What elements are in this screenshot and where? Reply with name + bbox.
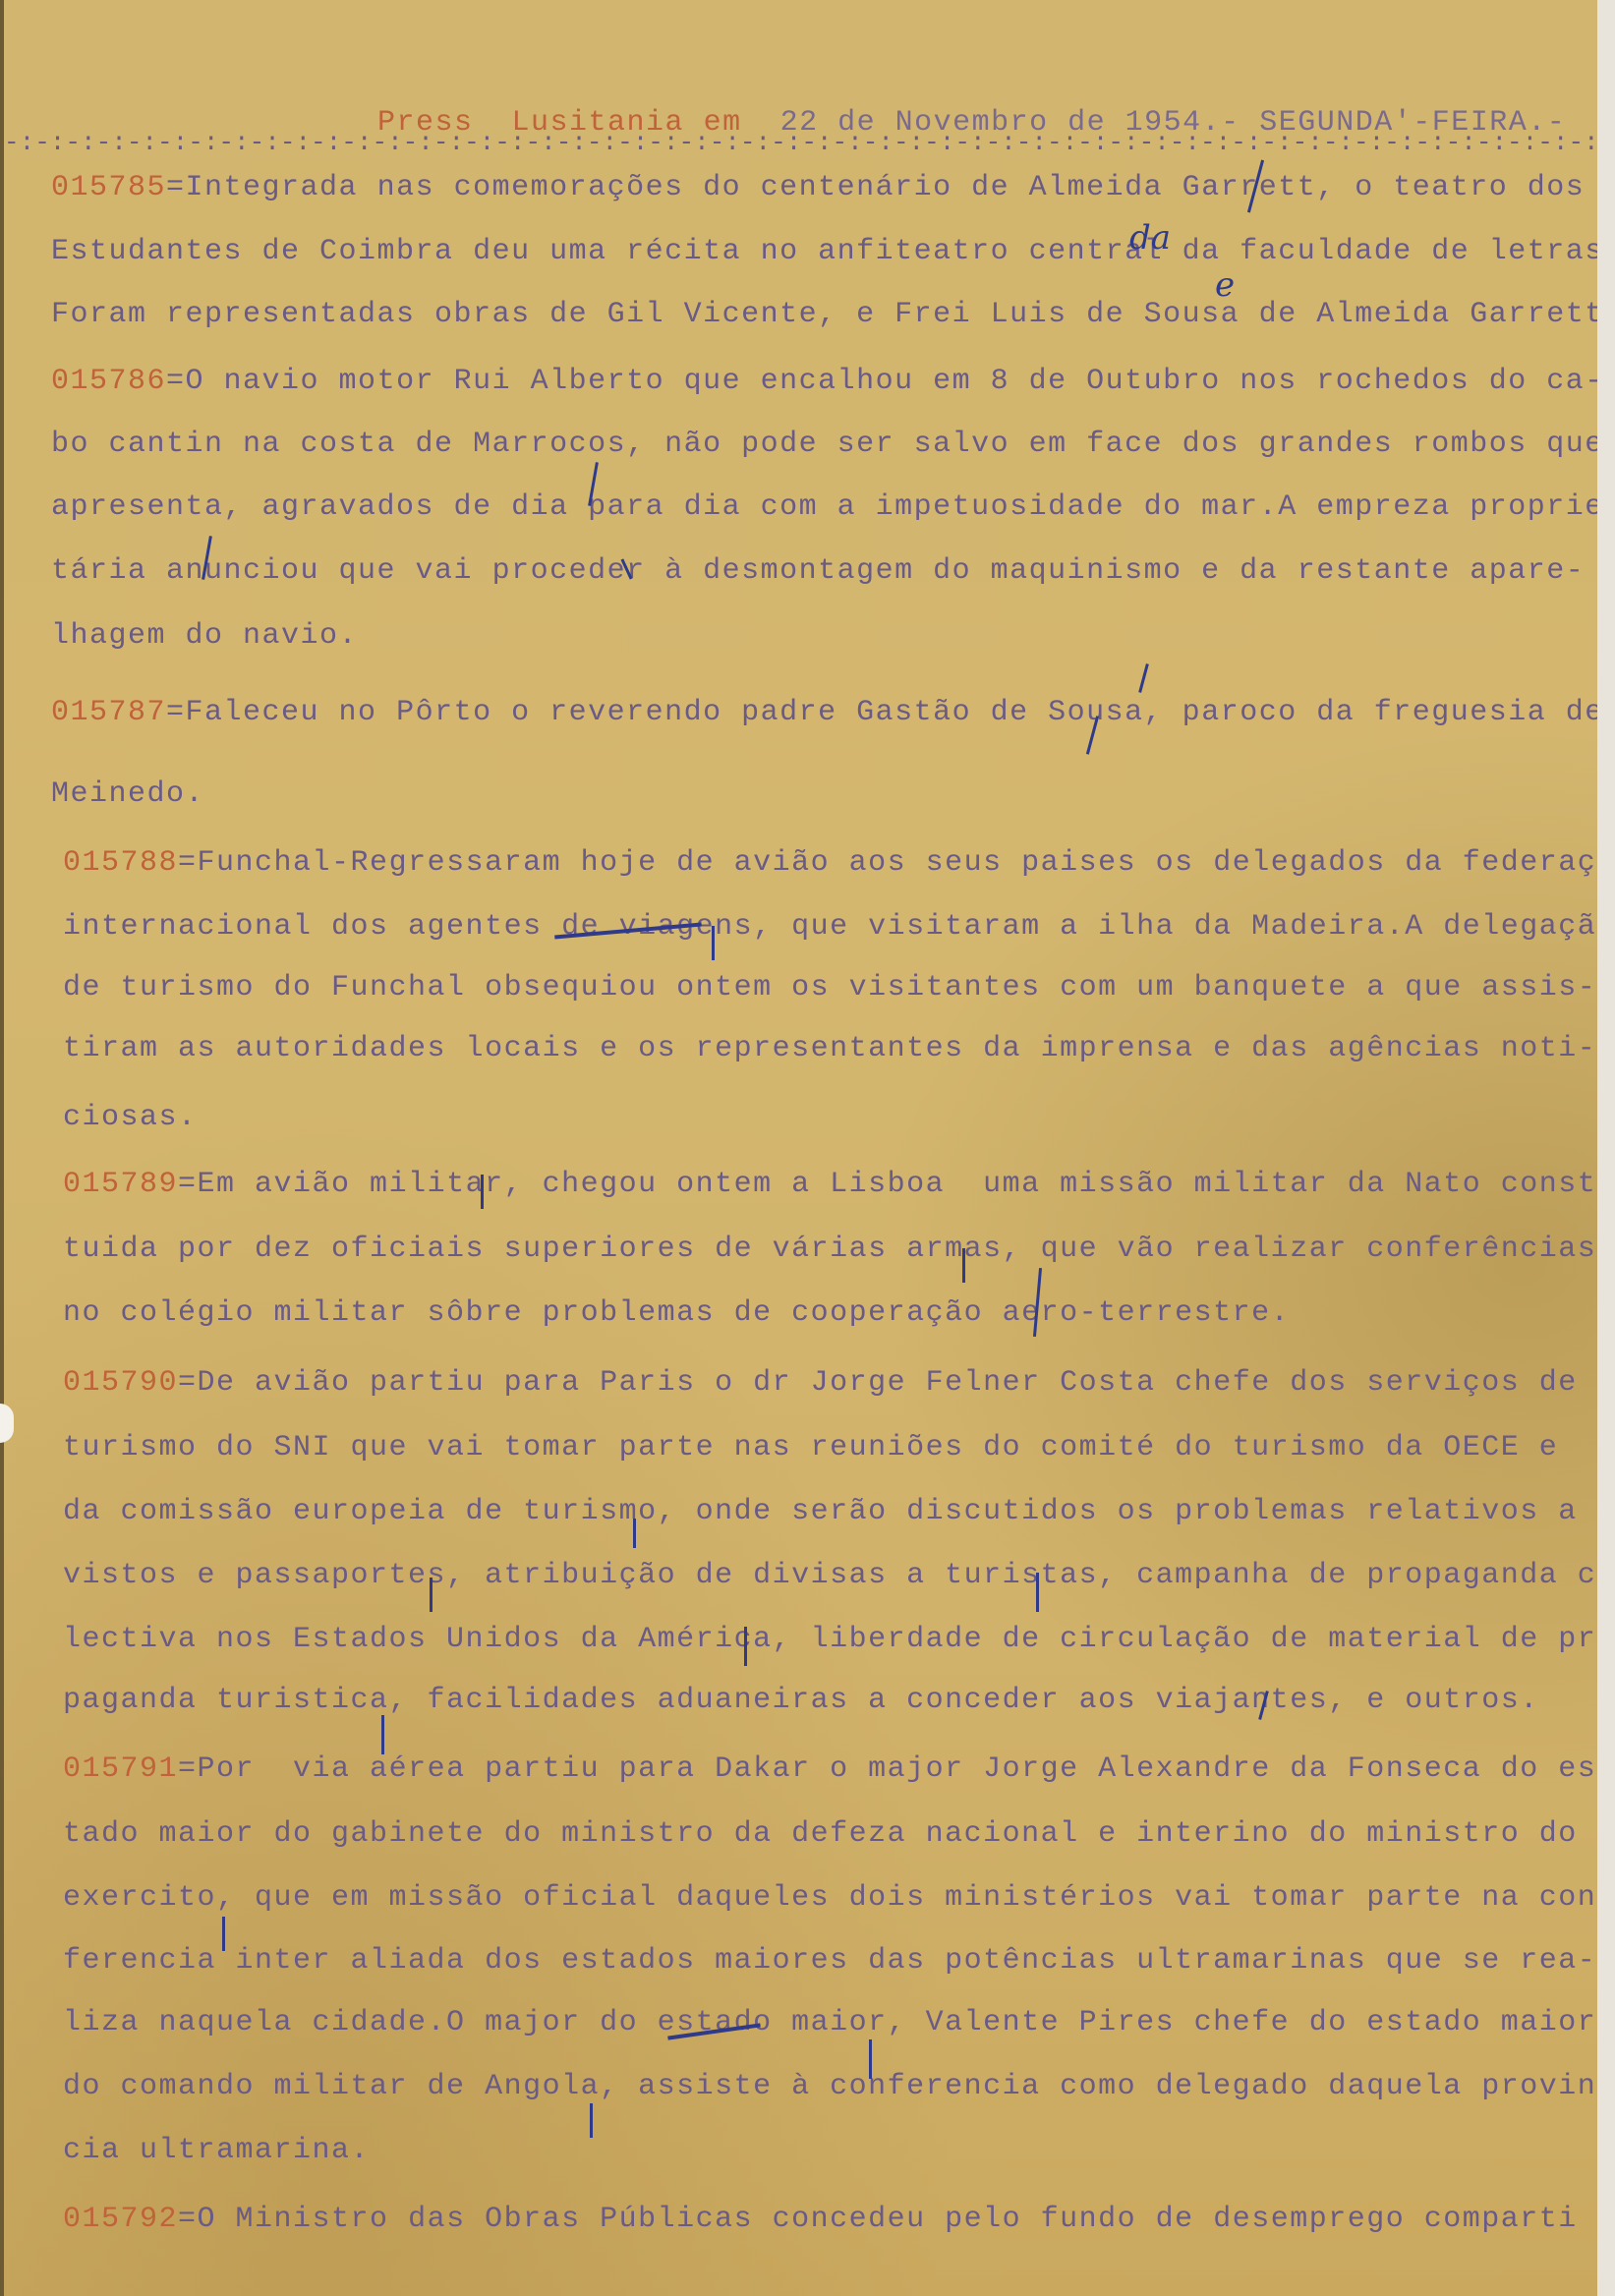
item-number: 015787 bbox=[51, 696, 166, 729]
item-text: tiram as autoridades locais e os represe… bbox=[63, 1032, 1596, 1065]
news-item-line: 015792=O Ministro das Obras Públicas con… bbox=[63, 2205, 1578, 2234]
item-text: exercito, que em missão oficial daqueles… bbox=[63, 1881, 1615, 1915]
item-text: vistos e passaportes, atribuição de divi… bbox=[63, 1559, 1615, 1592]
pen-comma-mark bbox=[1036, 1573, 1039, 1612]
item-text: liza naquela cidade.O major do estado ma… bbox=[63, 2006, 1596, 2039]
item-text: Estudantes de Coimbra deu uma récita no … bbox=[51, 235, 1615, 268]
item-text: =Funchal-Regressaram hoje de avião aos s… bbox=[178, 846, 1615, 880]
news-item-line: Estudantes de Coimbra deu uma récita no … bbox=[51, 237, 1615, 266]
document-header: Press Lusitania em 22 de Novembro de 195… bbox=[301, 73, 1566, 173]
item-text: internacional dos agentes de viagens, qu… bbox=[63, 910, 1615, 944]
item-text: no colégio militar sôbre problemas de co… bbox=[63, 1296, 1290, 1330]
pen-correction-e: e bbox=[1215, 265, 1235, 305]
news-item-line: cia ultramarina. bbox=[63, 2136, 370, 2165]
item-number: 015785 bbox=[51, 171, 166, 204]
news-item-line: no colégio militar sôbre problemas de co… bbox=[63, 1298, 1290, 1328]
item-text: do comando militar de Angola, assiste à … bbox=[63, 2070, 1615, 2103]
news-item-line: apresenta, agravados de dia para dia com… bbox=[51, 492, 1615, 522]
news-item-line: de turismo do Funchal obsequiou ontem os… bbox=[63, 973, 1596, 1003]
item-text: tária anunciou que vai proceder à desmon… bbox=[51, 554, 1585, 588]
news-item-line: ferencia inter aliada dos estados maiore… bbox=[63, 1946, 1596, 1976]
item-text: =Em avião militar, chegou ontem a Lisboa… bbox=[178, 1168, 1615, 1201]
item-text: de turismo do Funchal obsequiou ontem os… bbox=[63, 971, 1596, 1004]
news-item-line: tária anunciou que vai proceder à desmon… bbox=[51, 556, 1585, 586]
news-item-line: internacional dos agentes de viagens, qu… bbox=[63, 912, 1615, 942]
pen-comma-mark bbox=[962, 1248, 965, 1283]
item-text: =Por via aérea partiu para Dakar o major… bbox=[178, 1752, 1596, 1786]
item-text: cia ultramarina. bbox=[63, 2134, 370, 2167]
scan-edge bbox=[1597, 0, 1615, 2296]
news-item-line: lhagem do navio. bbox=[51, 621, 358, 651]
item-text: turismo do SNI que vai tomar parte nas r… bbox=[63, 1431, 1558, 1464]
item-text: bo cantin na costa de Marrocos, não pode… bbox=[51, 428, 1604, 461]
dashed-divider: -:-:-:-:-:-:-:-:-:-:-:-:-:-:-:-:-:-:-:-:… bbox=[4, 128, 1601, 157]
news-item-line: 015785=Integrada nas comemorações do cen… bbox=[51, 173, 1585, 202]
pen-comma-mark bbox=[869, 2039, 872, 2079]
news-item-line: liza naquela cidade.O major do estado ma… bbox=[63, 2008, 1596, 2038]
news-item-line: lectiva nos Estados Unidos da América, l… bbox=[63, 1625, 1615, 1654]
item-text: =De avião partiu para Paris o dr Jorge F… bbox=[178, 1366, 1578, 1400]
item-text: tado maior do gabinete do ministro da de… bbox=[63, 1817, 1578, 1851]
news-item-line: 015787=Faleceu no Pôrto o reverendo padr… bbox=[51, 698, 1604, 727]
news-item-line: 015791=Por via aérea partiu para Dakar o… bbox=[63, 1754, 1596, 1784]
typewritten-page: Press Lusitania em 22 de Novembro de 195… bbox=[0, 0, 1601, 2296]
item-number: 015788 bbox=[63, 846, 178, 880]
item-number: 015792 bbox=[63, 2203, 178, 2236]
news-item-line: 015790=De avião partiu para Paris o dr J… bbox=[63, 1368, 1578, 1398]
item-text: Meinedo. bbox=[51, 777, 204, 811]
item-number: 015789 bbox=[63, 1168, 178, 1201]
news-item-line: bo cantin na costa de Marrocos, não pode… bbox=[51, 430, 1604, 459]
news-item-line: tiram as autoridades locais e os represe… bbox=[63, 1034, 1596, 1063]
item-text: =O navio motor Rui Alberto que encalhou … bbox=[166, 365, 1604, 398]
pen-comma-mark bbox=[712, 926, 715, 960]
item-text: apresenta, agravados de dia para dia com… bbox=[51, 490, 1615, 524]
news-item-line: da comissão europeia de turismo, onde se… bbox=[63, 1497, 1578, 1526]
news-item-line: paganda turistica, facilidades aduaneira… bbox=[63, 1686, 1539, 1715]
item-text: =Integrada nas comemorações do centenári… bbox=[166, 171, 1585, 204]
news-item-line: turismo do SNI que vai tomar parte nas r… bbox=[63, 1433, 1558, 1463]
pen-comma-mark bbox=[222, 1917, 225, 1951]
news-item-line: tuida por dez oficiais superiores de vár… bbox=[63, 1234, 1596, 1264]
pen-comma-mark bbox=[430, 1578, 433, 1612]
item-text: =Faleceu no Pôrto o reverendo padre Gast… bbox=[166, 696, 1604, 729]
pen-comma-mark bbox=[590, 2103, 593, 2138]
item-text: lectiva nos Estados Unidos da América, l… bbox=[63, 1623, 1615, 1656]
pen-comma-mark bbox=[481, 1175, 484, 1209]
item-number: 015790 bbox=[63, 1366, 178, 1400]
news-item-line: do comando militar de Angola, assiste à … bbox=[63, 2072, 1615, 2101]
item-number: 015786 bbox=[51, 365, 166, 398]
news-item-line: 015786=O navio motor Rui Alberto que enc… bbox=[51, 367, 1604, 396]
pen-comma-mark bbox=[381, 1715, 384, 1754]
item-text: ciosas. bbox=[63, 1101, 198, 1134]
item-text: =O Ministro das Obras Públicas concedeu … bbox=[178, 2203, 1578, 2236]
item-text: paganda turistica, facilidades aduaneira… bbox=[63, 1684, 1539, 1717]
news-item-line: 015788=Funchal-Regressaram hoje de avião… bbox=[63, 848, 1615, 878]
news-item-line: ciosas. bbox=[63, 1103, 198, 1132]
pen-comma-mark bbox=[744, 1627, 747, 1666]
news-item-line: tado maior do gabinete do ministro da de… bbox=[63, 1819, 1578, 1849]
news-item-line: Meinedo. bbox=[51, 779, 204, 809]
pen-comma-mark bbox=[1138, 663, 1149, 693]
news-item-line: Foram representadas obras de Gil Vicente… bbox=[51, 300, 1615, 329]
news-item-line: exercito, que em missão oficial daqueles… bbox=[63, 1883, 1615, 1913]
item-text: ferencia inter aliada dos estados maiore… bbox=[63, 1944, 1596, 1978]
news-item-line: vistos e passaportes, atribuição de divi… bbox=[63, 1561, 1615, 1590]
item-text: Foram representadas obras de Gil Vicente… bbox=[51, 298, 1615, 331]
pen-correction-da: da bbox=[1129, 218, 1171, 258]
news-item-line: 015789=Em avião militar, chegou ontem a … bbox=[63, 1170, 1615, 1199]
item-number: 015791 bbox=[63, 1752, 178, 1786]
item-text: tuida por dez oficiais superiores de vár… bbox=[63, 1233, 1596, 1266]
item-text: da comissão europeia de turismo, onde se… bbox=[63, 1495, 1578, 1528]
item-text: lhagem do navio. bbox=[51, 619, 358, 653]
pen-comma-mark bbox=[633, 1519, 636, 1548]
